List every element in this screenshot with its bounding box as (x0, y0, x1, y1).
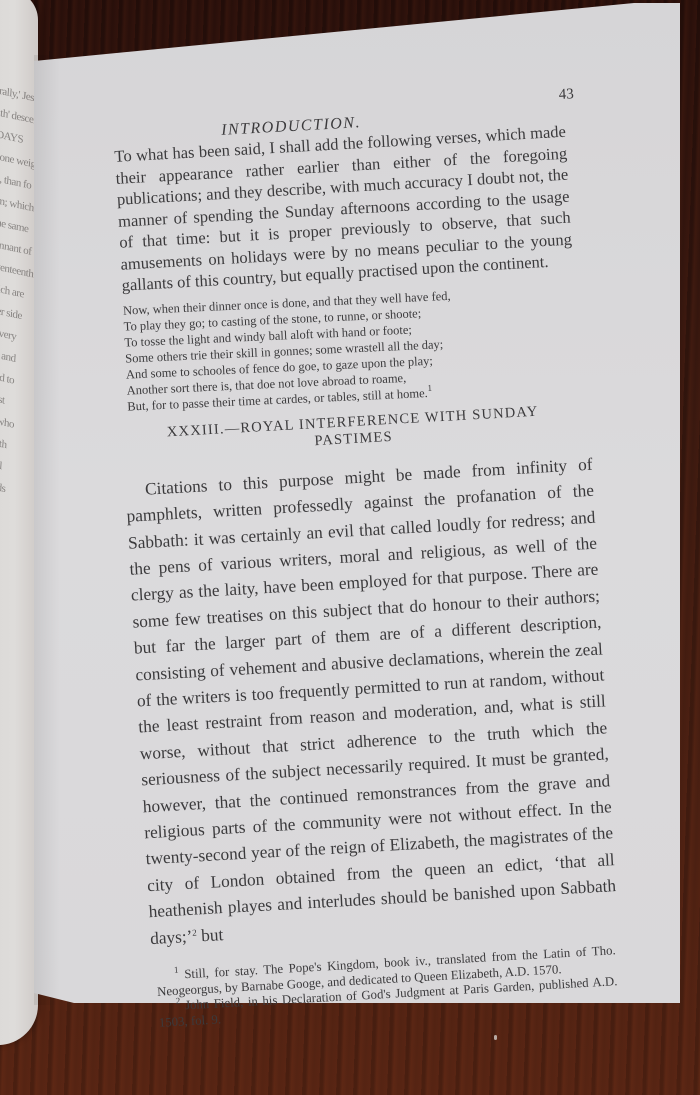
section-body: Citations to this purpose might be made … (124, 452, 618, 953)
facing-page: rally,' Jesusith' descendDAYSbone weight… (0, 0, 38, 1045)
opening-paragraph: To what has been said, I shall add the f… (114, 121, 574, 296)
page-content: INTRODUCTION. 43 To what has been said, … (112, 87, 615, 1031)
footnote-ref-1: 1 (427, 382, 432, 392)
footnote-mark: 2 (175, 996, 180, 1006)
footnote-mark: 1 (174, 965, 179, 975)
page-number: 43 (558, 86, 574, 104)
section-body-text: Citations to this purpose might be made … (125, 455, 617, 948)
facing-page-text: rally,' Jesusith' descendDAYSbone weight… (0, 80, 36, 913)
paper-speck (494, 1035, 497, 1040)
spine-shadow (34, 55, 60, 1005)
section-body-continuation: but (196, 925, 223, 945)
footnotes: 1 Still, for stay. The Pope's Kingdom, b… (156, 944, 619, 1032)
verse-quotation: Now, when their dinner once is done, and… (123, 282, 580, 414)
